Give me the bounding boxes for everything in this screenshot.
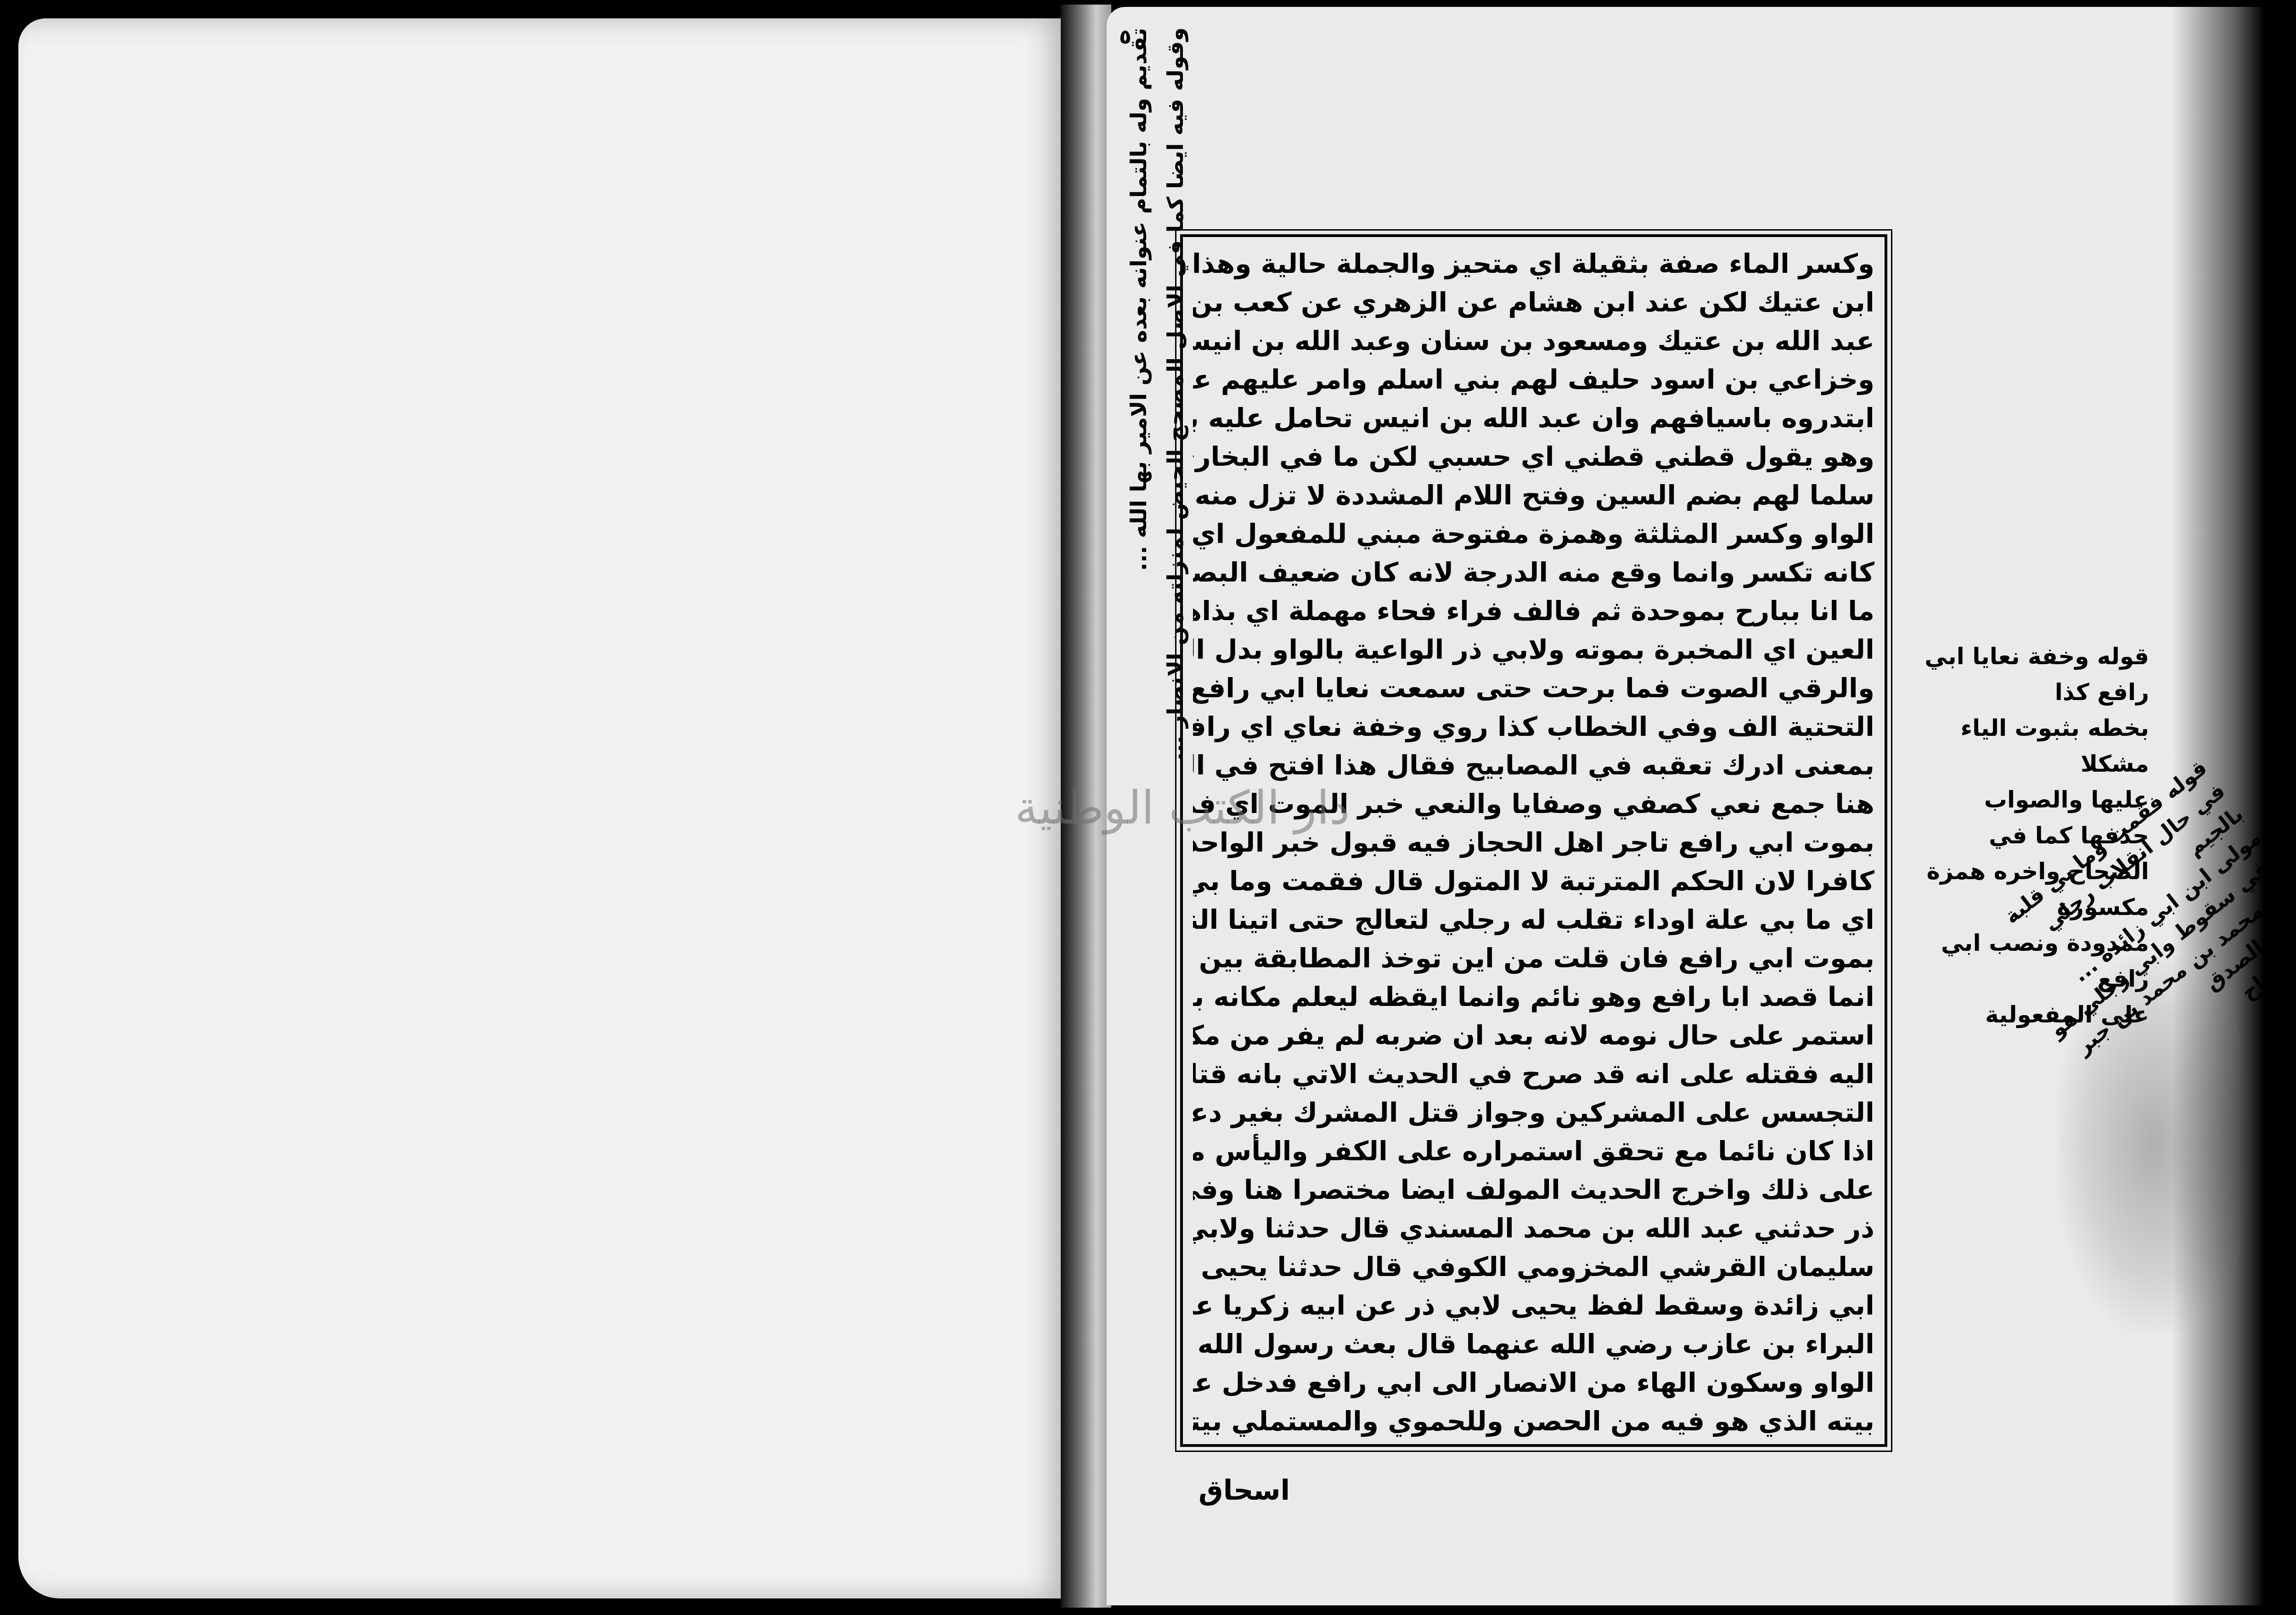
- text-line: العين اي المخبرة بموته ولابي ذر الواعية …: [1193, 630, 1874, 669]
- text-line: سليمان القرشي المخزومي الكوفي قال حدثنا …: [1193, 1248, 1874, 1286]
- text-line: بمعنى ادرك تعقبه في المصابيح فقال هذا اف…: [1193, 746, 1874, 785]
- text-line: استمر على حال نومه لانه بعد ان ضربه لم ي…: [1193, 1016, 1874, 1055]
- text-line: ما انا ببارح بموحدة ثم فالف فراء فحاء مه…: [1193, 592, 1874, 630]
- text-line: وخزاعي بن اسود حليف لهم بني اسلم وامر عل…: [1193, 360, 1874, 399]
- text-line: عبد الله بن عتيك ومسعود بن سنان وعبد الل…: [1193, 322, 1874, 360]
- text-line: البراء بن عازب رضي الله عنهما قال بعث رس…: [1193, 1325, 1874, 1363]
- catchword: اسحاق: [1199, 1474, 1290, 1507]
- margin-note-line: بخطه بثبوت الياء مشكلا: [1910, 710, 2149, 782]
- left-page-blank: [18, 18, 1070, 1598]
- text-line: سلما لهم بضم السين وفتح اللام المشددة لا…: [1193, 476, 1874, 514]
- text-line: اليه فقتله على انه قد صرح في الحديث الات…: [1193, 1055, 1874, 1093]
- text-line: وكسر الماء صفة بثقيلة اي متحيز والجملة ح…: [1193, 244, 1874, 283]
- text-line: الواو وسكون الهاء من الانصار الى ابي راف…: [1193, 1363, 1874, 1402]
- text-line: وهو يقول قطني قطني اي حسبي لكن ما في الب…: [1193, 437, 1874, 476]
- book-gutter: [1061, 5, 1111, 1608]
- text-line: كافرا لان الحكم المترتبة لا المتول قال ف…: [1193, 862, 1874, 900]
- text-line: التحتية الف وفي الخطاب كذا روي وخفة نعاي…: [1193, 707, 1874, 746]
- text-line: بموت ابي رافع تاجر اهل الحجاز فيه قبول خ…: [1193, 823, 1874, 862]
- text-line: هنا جمع نعي كصفي وصفايا والنعي خبر الموت…: [1193, 785, 1874, 823]
- margin-note-line: قوله وخفة نعايا ابي رافع كذا: [1910, 638, 2149, 710]
- text-line: بموت ابي رافع فان قلت من اين توخذ المطاب…: [1193, 939, 1874, 977]
- text-line: التجسس على المشركين وجواز قتل المشرك بغي…: [1193, 1093, 1874, 1132]
- text-line: ابتدروه باسيافهم وان عبد الله بن انيس تح…: [1193, 399, 1874, 437]
- gutter-note: تقديم وله بالتمام عنوانه بعده عن الامير …: [1125, 28, 1153, 1360]
- text-line: على ذلك واخرج الحديث المولف ايضا مختصرا …: [1193, 1170, 1874, 1209]
- text-line: ابن عتيك لكن عند ابن هشام عن الزهري عن ك…: [1193, 283, 1874, 322]
- text-line: الواو وكسر المثلثة وهمزة مفتوحة مبني للم…: [1193, 514, 1874, 553]
- text-line: ذر حدثني عبد الله بن محمد المسندي قال حد…: [1193, 1209, 1874, 1248]
- text-line: والرقي الصوت فما برحت حتى سمعت نعايا ابي…: [1193, 669, 1874, 707]
- text-line: انما قصد ابا رافع وهو نائم وانما ايقظه ل…: [1193, 977, 1874, 1016]
- text-line: ابي زائدة وسقط لفظ يحيى لابي ذر عن ابيه …: [1193, 1286, 1874, 1325]
- text-line: كانه تكسر وانما وقع منه الدرجة لانه كان …: [1193, 553, 1874, 592]
- gutter-marginal-notes: وقوله فيه ايضا كما في الاصل المصحح الحيض…: [1111, 28, 1189, 1360]
- main-text-block: وكسر الماء صفة بثقيلة اي متحيز والجملة ح…: [1180, 234, 1887, 1447]
- text-line: اذا كان نائما مع تحقق استمراره على الكفر…: [1193, 1132, 1874, 1170]
- text-line: اي ما بي علة اوداء تقلب له رجلي لتعالج ح…: [1193, 900, 1874, 939]
- text-line: بيته الذي هو فيه من الحصن وللحموي والمست…: [1193, 1402, 1874, 1440]
